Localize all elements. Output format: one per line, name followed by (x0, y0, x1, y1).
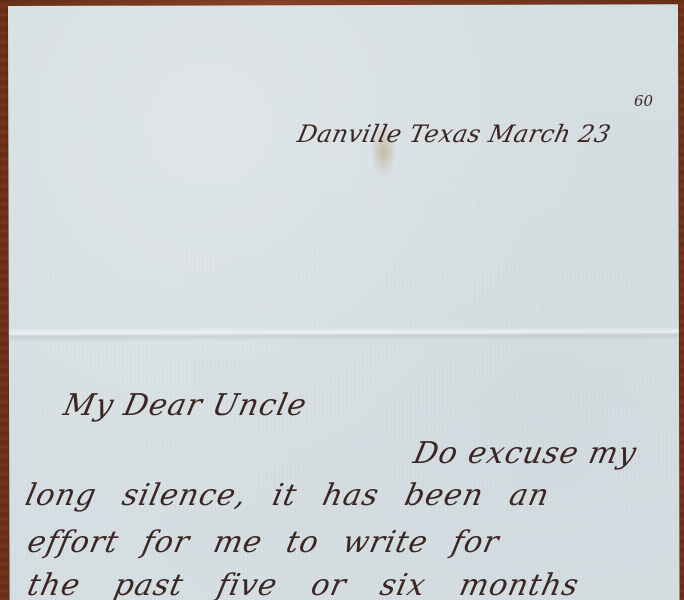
letter-dateline: Danville Texas March 23 (295, 120, 613, 148)
letter-salutation: My Dear Uncle (60, 388, 310, 423)
paper-fold-crease (9, 326, 679, 342)
letter-year-superscript: 60 (634, 92, 653, 110)
letter-body-line-4: the past five or six months (24, 568, 582, 600)
letter-body-line-3: effort for me to write for (24, 525, 502, 560)
letter-body-line-1: Do excuse my (410, 436, 640, 471)
letter-body-line-2: long silence, it has been an (22, 478, 553, 513)
